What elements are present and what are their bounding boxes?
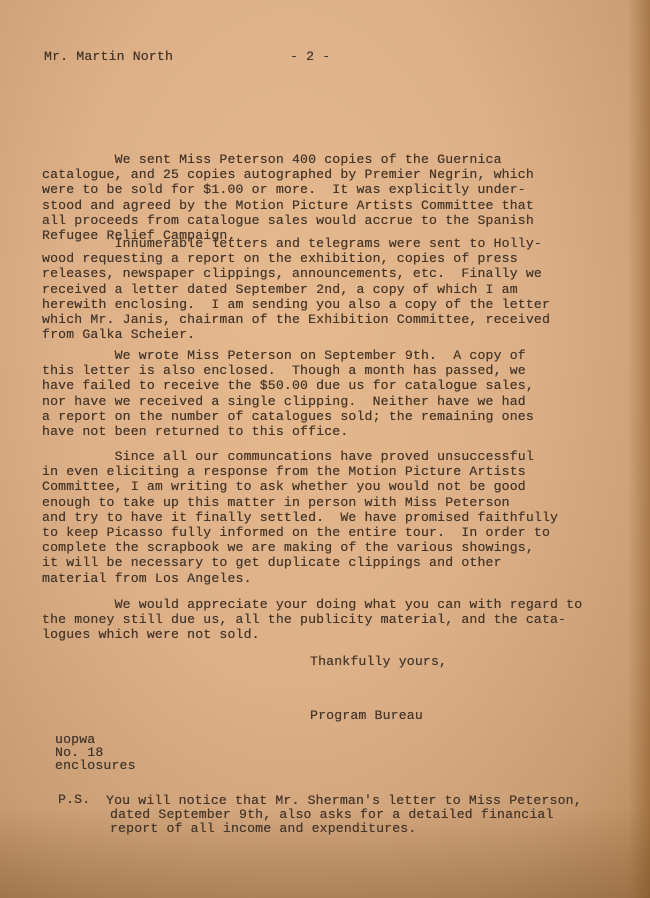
postscript-line: dated September 9th, also asks for a det… xyxy=(110,807,554,822)
text-line: received a letter dated September 2nd, a… xyxy=(42,282,518,297)
postscript-label: P.S. xyxy=(58,792,90,807)
text-line: stood and agreed by the Motion Picture A… xyxy=(42,198,534,213)
text-line: We sent Miss Peterson 400 copies of the … xyxy=(42,152,502,167)
text-line: all proceeds from catalogue sales would … xyxy=(42,213,534,228)
text-line: material from Los Angeles. xyxy=(42,571,252,586)
text-line: and try to have it finally settled. We h… xyxy=(42,510,558,525)
enclosures-note: enclosures xyxy=(55,758,136,773)
text-line: from Galka Scheier. xyxy=(42,327,195,342)
text-line: complete the scrapbook we are making of … xyxy=(42,540,534,555)
text-line: We wrote Miss Peterson on September 9th.… xyxy=(42,348,526,363)
text-line: herewith enclosing. I am sending you als… xyxy=(42,297,550,312)
text-line: a report on the number of catalogues sol… xyxy=(42,409,534,424)
recipient-name: Mr. Martin North xyxy=(44,49,173,64)
text-line: Innumerable letters and telegrams were s… xyxy=(42,236,542,251)
text-line: were to be sold for $1.00 or more. It wa… xyxy=(42,182,526,197)
signature: Program Bureau xyxy=(310,708,423,723)
text-line: We would appreciate your doing what you … xyxy=(42,597,582,612)
text-line: have not been returned to this office. xyxy=(42,424,348,439)
text-line: releases, newspaper clippings, announcem… xyxy=(42,266,542,281)
text-line: the money still due us, all the publicit… xyxy=(42,612,566,627)
closing: Thankfully yours, xyxy=(310,654,447,669)
text-line: catalogue, and 25 copies autographed by … xyxy=(42,167,534,182)
postscript-line: report of all income and expenditures. xyxy=(110,821,416,836)
text-line: have failed to receive the $50.00 due us… xyxy=(42,378,534,393)
text-line: nor have we received a single clipping. … xyxy=(42,394,526,409)
text-line: it will be necessary to get duplicate cl… xyxy=(42,555,502,570)
text-line: Since all our communcations have proved … xyxy=(42,449,534,464)
paper-edge-shadow xyxy=(628,0,650,898)
postscript-line: You will notice that Mr. Sherman's lette… xyxy=(106,793,582,808)
text-line: this letter is also enclosed. Though a m… xyxy=(42,363,526,378)
text-line: logues which were not sold. xyxy=(42,627,260,642)
text-line: in even eliciting a response from the Mo… xyxy=(42,464,526,479)
text-line: enough to take up this matter in person … xyxy=(42,495,510,510)
text-line: which Mr. Janis, chairman of the Exhibit… xyxy=(42,312,550,327)
page-number: - 2 - xyxy=(290,49,330,64)
text-line: to keep Picasso fully informed on the en… xyxy=(42,525,550,540)
text-line: wood requesting a report on the exhibiti… xyxy=(42,251,518,266)
text-line: Committee, I am writing to ask whether y… xyxy=(42,479,526,494)
